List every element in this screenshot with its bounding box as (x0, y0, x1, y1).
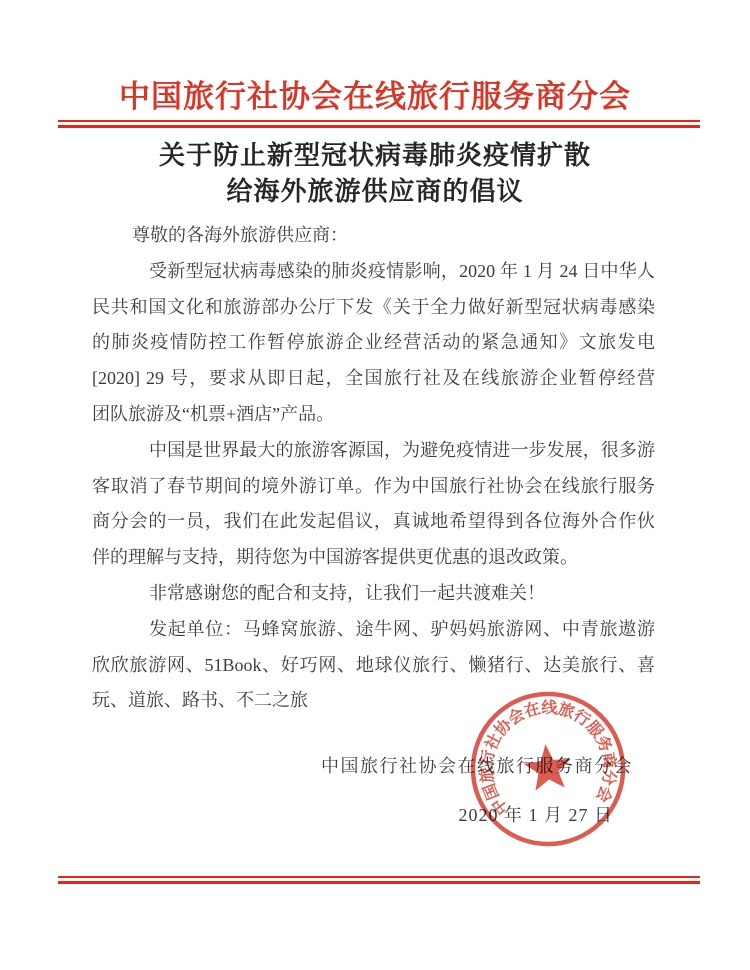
body-line: 商分会的一员，我们在此发起倡议，真诚地希望得到各位海外合作伙 (92, 504, 655, 540)
document-title: 关于防止新型冠状病毒肺炎疫情扩散 给海外旅游供应商的倡议 (0, 138, 750, 209)
body-line: 中国是世界最大的旅游客源国，为避免疫情进一步发展，很多游 (92, 433, 655, 469)
body-line: [2020] 29 号，要求从即日起，全国旅行社及在线旅游企业暂停经营 (92, 361, 655, 397)
body-line: 团队旅游及“机票+酒店”产品。 (92, 397, 655, 433)
body-line: 伴的理解与支持，期待您为中国游客提供更优惠的退改政策。 (92, 540, 655, 576)
letterhead-rule (58, 120, 700, 128)
closing-signature-org: 中国旅行社协会在线旅行服务商分会 (321, 753, 633, 779)
document-page: 中国旅行社协会在线旅行服务商分会 关于防止新型冠状病毒肺炎疫情扩散 给海外旅游供… (0, 0, 750, 970)
salutation: 尊敬的各海外旅游供应商： (92, 218, 655, 254)
body-line: 客取消了春节期间的境外游订单。作为中国旅行社协会在线旅行服务 (92, 469, 655, 505)
body-line: 的肺炎疫情防控工作暂停旅游企业经营活动的紧急通知》文旅发电 (92, 325, 655, 361)
document-title-line-2: 给海外旅游供应商的倡议 (226, 177, 523, 206)
body-line: 民共和国文化和旅游部办公厅下发《关于全力做好新型冠状病毒感染 (92, 290, 655, 326)
body-line: 非常感谢您的配合和支持，让我们一起共渡难关！ (92, 576, 655, 612)
footer-rule (58, 876, 700, 884)
body-line: 发起单位：马蜂窝旅游、途牛网、驴妈妈旅游网、中青旅遨游网、 (92, 612, 655, 648)
letter-body: 尊敬的各海外旅游供应商： 受新型冠状病毒感染的肺炎疫情影响，2020 年 1 月… (92, 218, 655, 719)
document-title-line-1: 关于防止新型冠状病毒肺炎疫情扩散 (159, 141, 591, 170)
body-line: 受新型冠状病毒感染的肺炎疫情影响，2020 年 1 月 24 日中华人 (92, 254, 655, 290)
body-line: 欣欣旅游网、51Book、好巧网、地球仪旅行、懒猪行、达美旅行、喜 (92, 648, 655, 684)
body-line: 玩、道旅、路书、不二之旅 (92, 683, 655, 719)
letterhead-org-name: 中国旅行社协会在线旅行服务商分会 (0, 78, 750, 116)
closing-date: 2020 年 1 月 27 日 (459, 802, 614, 828)
